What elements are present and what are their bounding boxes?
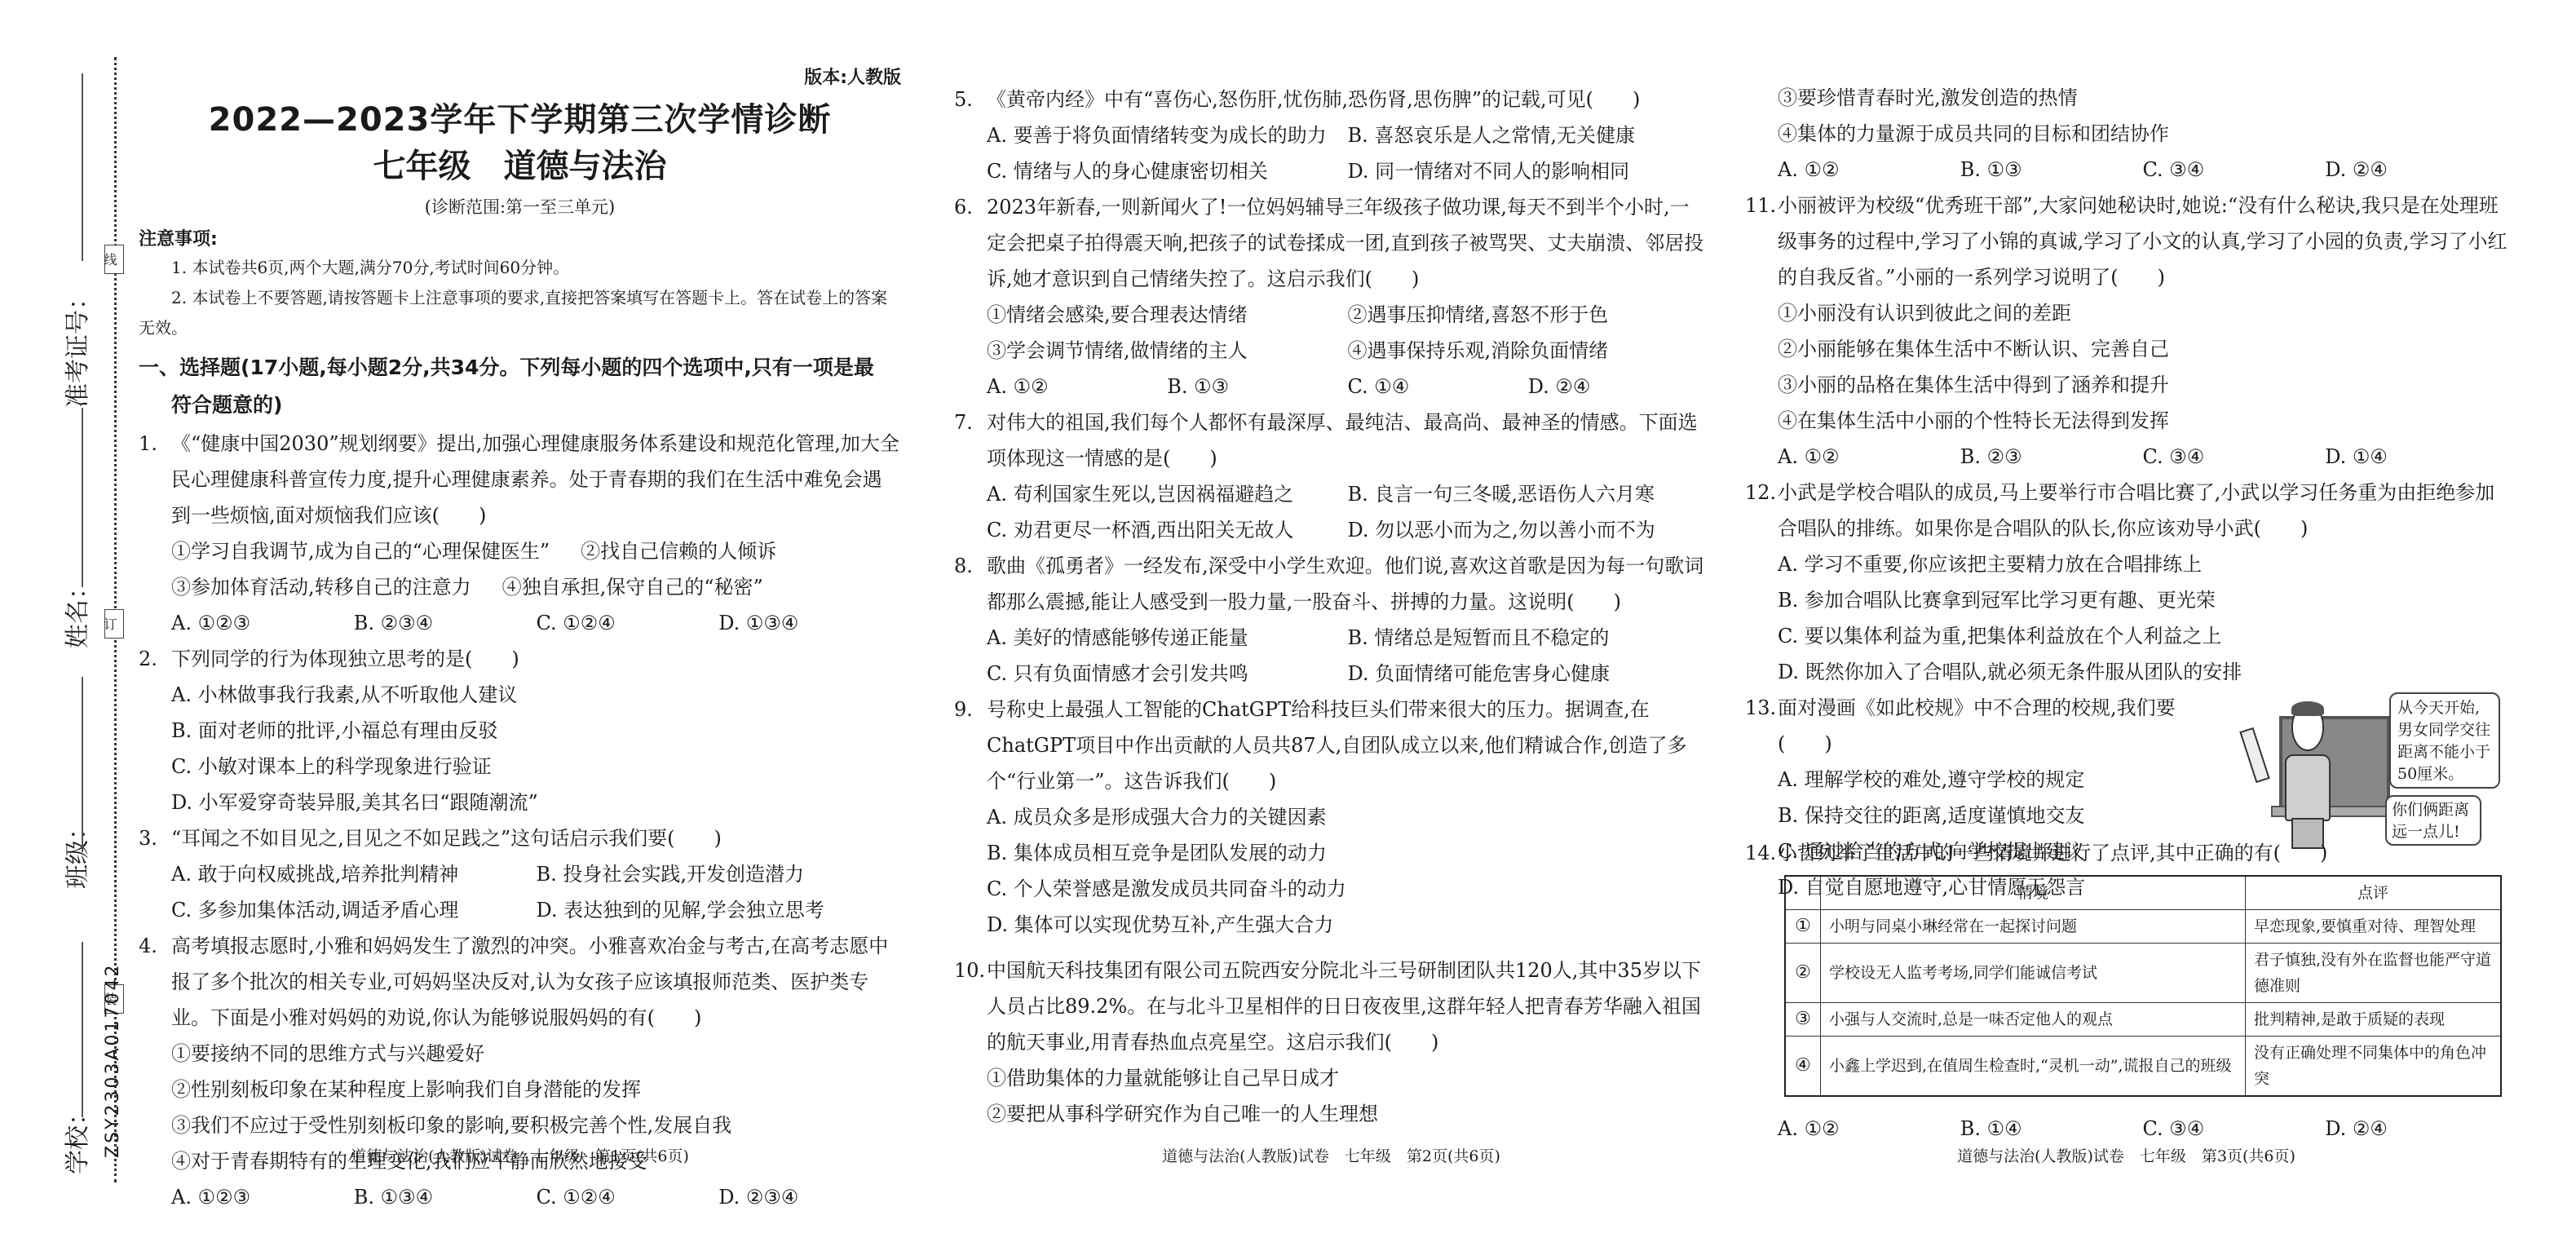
question-stem: 小武是学校合唱队的成员,马上要举行市合唱比赛了,小武以学习任务重为由拒绝参加合唱… xyxy=(1778,481,2494,540)
statement: ①情绪会感染,要合理表达情绪 xyxy=(987,297,1348,333)
exam-scope: (诊断范围:第一至三单元) xyxy=(139,194,901,219)
statement: ③学会调节情绪,做情绪的主人 xyxy=(987,333,1348,369)
option-c[interactable]: C. ③④ xyxy=(2143,152,2326,188)
question-stem: 《“健康中国2030”规划纲要》提出,加强心理健康服务体系建设和规范化管理,加大… xyxy=(171,432,899,527)
option-b[interactable]: B. 投身社会实践,开发创造潜力 xyxy=(537,856,902,892)
question-9: 9.号称史上最强人工智能的ChatGPT给科技巨头们带来很大的压力。据调查,在C… xyxy=(954,692,1708,943)
question-2: 2.下列同学的行为体现独立思考的是( ) A. 小林做事我行我素,从不听取他人建… xyxy=(139,641,901,820)
statement: ②小丽能够在集体生活中不断认识、完善自己 xyxy=(1745,331,2508,367)
option-b[interactable]: B. ①③④ xyxy=(354,1179,537,1215)
statement: ①借助集体的力量就能够让自己早日成才 xyxy=(954,1060,1708,1096)
option-d[interactable]: D. 集体可以实现优势互补,产生强大合力 xyxy=(954,907,1708,943)
table-row: ③ 小强与人交流时,总是一味否定他人的观点 批判精神,是敢于质疑的表现 xyxy=(1785,1003,2501,1036)
statement: ②遇事压抑情绪,喜怒不形于色 xyxy=(1348,297,1709,333)
table-row: ① 小明与同桌小琳经常在一起探讨问题 早恋现象,要慎重对待、理智处理 xyxy=(1785,910,2501,944)
option-d[interactable]: D. ①③④ xyxy=(718,605,901,641)
table-cell: 没有正确处理不同集体中的角色冲突 xyxy=(2246,1036,2502,1097)
table-cell: 批判精神,是敢于质疑的表现 xyxy=(2246,1003,2502,1036)
table-cell: 小鑫上学迟到,在值周生检查时,“灵机一动”,谎报自己的班级 xyxy=(1821,1036,2246,1097)
option-d[interactable]: D. 表达独到的见解,学会独立思考 xyxy=(537,892,902,928)
statement: ①要接纳不同的思维方式与兴趣爱好 xyxy=(139,1036,901,1072)
option-c[interactable]: C. 个人荣誉感是激发成员共同奋斗的动力 xyxy=(954,871,1708,907)
option-d[interactable]: D. 既然你加入了合唱队,就必须无条件服从团队的安排 xyxy=(1745,654,2508,690)
question-10: 10.中国航天科技集团有限公司五院西安分院北斗三号研制团队共120人,其中35岁… xyxy=(954,952,1708,1132)
option-a[interactable]: A. 美好的情感能够传递正能量 xyxy=(987,620,1348,656)
question-5: 5.《黄帝内经》中有“喜伤心,怒伤肝,忧伤肺,恐伤肾,思伤脾”的记载,可见( )… xyxy=(954,82,1708,189)
statement: ③小丽的品格在集体生活中得到了涵养和提升 xyxy=(1745,367,2508,403)
name-field[interactable] xyxy=(82,408,83,587)
scroll-illustration xyxy=(2239,727,2270,783)
page-footer: 道德与法治(人教版)试卷 七年级 第2页(共6页) xyxy=(954,1144,1708,1166)
question-1: 1.《“健康中国2030”规划纲要》提出,加强心理健康服务体系建设和规范化管理,… xyxy=(139,426,901,641)
question-stem: 小丽被评为校级“优秀班干部”,大家问她秘诀时,她说:“没有什么秘诀,我只是在处理… xyxy=(1778,194,2508,289)
question-11: 11.小丽被评为校级“优秀班干部”,大家问她秘诀时,她说:“没有什么秘诀,我只是… xyxy=(1745,188,2508,475)
statement: ①小丽没有认识到彼此之间的差距 xyxy=(1745,295,2508,331)
option-c[interactable]: C. ①②④ xyxy=(537,1179,719,1215)
cartoon-school-rule: 从今天开始,男女同学交往距离不能小于50厘米。 你们俩距离远一点儿! xyxy=(2234,697,2503,848)
option-d[interactable]: D. ②④ xyxy=(2325,1111,2508,1147)
table-cell: 早恋现象,要慎重对待、理智处理 xyxy=(2246,910,2502,944)
option-c[interactable]: C. ③④ xyxy=(2143,1111,2326,1147)
teacher-hair-illustration xyxy=(2291,701,2324,716)
question-stem: 中国航天科技集团有限公司五院西安分院北斗三号研制团队共120人,其中35岁以下人… xyxy=(987,959,1701,1054)
school-label: 学校： xyxy=(57,1101,93,1174)
teacher-body-illustration xyxy=(2285,754,2331,821)
notice-heading: 注意事项: xyxy=(139,225,218,250)
option-c[interactable]: C. 小敏对课本上的科学现象进行验证 xyxy=(139,749,901,785)
question-10-continued: ③要珍惜青春时光,激发创造的热情 ④集体的力量源于成员共同的目标和团结协作 A.… xyxy=(1745,80,2508,188)
question-12: 12.小武是学校合唱队的成员,马上要举行市合唱比赛了,小武以学习任务重为由拒绝参… xyxy=(1745,475,2508,690)
option-b[interactable]: B. ①③ xyxy=(1960,152,2143,188)
statement: ③要珍惜青春时光,激发创造的热情 xyxy=(1745,80,2508,116)
option-d[interactable]: D. ②③④ xyxy=(718,1179,901,1215)
option-b[interactable]: B. 良言一句三冬暖,恶语伤人六月寒 xyxy=(1348,476,1709,512)
question-6: 6.2023年新春,一则新闻火了!一位妈妈辅导三年级孩子做功课,每天不到半个小时… xyxy=(954,189,1708,404)
table-cell: 君子慎独,没有外在监督也能严守道德准则 xyxy=(2246,944,2502,1003)
question-stem: 歌曲《孤勇者》一经发布,深受中小学生欢迎。他们说,喜欢这首歌是因为每一句歌词都那… xyxy=(987,555,1703,613)
option-b[interactable]: B. 保持交往的距离,适度谨慎地交友 xyxy=(1745,798,2226,833)
statement: ②要把从事科学研究作为自己唯一的人生理想 xyxy=(954,1096,1708,1132)
option-d[interactable]: D. ②④ xyxy=(2325,152,2508,188)
exam-subtitle: 七年级 道德与法治 xyxy=(139,140,901,187)
option-b[interactable]: B. ①③ xyxy=(1167,369,1347,404)
section-heading: 一、选择题(17小题,每小题2分,共34分。下列每小题的四个选项中,只有一项是最… xyxy=(139,349,901,424)
question-8: 8.歌曲《孤勇者》一经发布,深受中小学生欢迎。他们说,喜欢这首歌是因为每一句歌词… xyxy=(954,548,1708,692)
option-b[interactable]: B. ②③④ xyxy=(354,605,537,641)
notice-item: 1. 本试卷共6页,两个大题,满分70分,考试时间60分钟。 xyxy=(139,253,901,283)
option-d[interactable]: D. 负面情绪可能危害身心健康 xyxy=(1348,656,1709,692)
option-d[interactable]: D. 勿以恶小而为之,勿以善小而不为 xyxy=(1348,512,1709,548)
statement: ③我们不应过于受性别刻板印象的影响,要积极完善个性,发展自我 xyxy=(139,1107,901,1143)
question-stem: 下列同学的行为体现独立思考的是( ) xyxy=(171,648,519,670)
option-a[interactable]: A. 苟利国家生死以,岂因祸福避趋之 xyxy=(987,476,1348,512)
class-label: 班级： xyxy=(57,815,93,889)
statement: ④在集体生活中小丽的个性特长无法得到发挥 xyxy=(1745,403,2508,439)
option-b[interactable]: B. 喜怒哀乐是人之常情,无关健康 xyxy=(1348,117,1709,153)
question-14: 14.小哲列举了生活中的一些情境并进行了点评,其中正确的有( ) xyxy=(1745,835,2508,871)
binding-strip: 线 订 装 准考证号： 姓名： 班级： 学校： ZSY2303A017042 xyxy=(0,0,122,1242)
question-stem: 高考填报志愿时,小雅和妈妈发生了激烈的冲突。小雅喜欢冶金与考古,在高考志愿中报了… xyxy=(171,935,888,1029)
option-c[interactable]: C. ①④ xyxy=(1348,369,1528,404)
table-header xyxy=(1785,876,1821,910)
exam-number-field[interactable] xyxy=(82,73,83,261)
option-b[interactable]: B. ②③ xyxy=(1960,439,2143,475)
option-c[interactable]: C. 情绪与人的身心健康密切相关 xyxy=(987,153,1348,189)
table-header-row: 情境 点评 xyxy=(1785,876,2501,910)
question-stem: 2023年新春,一则新闻火了!一位妈妈辅导三年级孩子做功课,每天不到半个小时,一… xyxy=(987,196,1703,290)
option-a[interactable]: A. ①②③ xyxy=(171,605,354,641)
option-d[interactable]: D. ①④ xyxy=(2325,439,2508,475)
scenario-evaluation-table: 情境 点评 ① 小明与同桌小琳经常在一起探讨问题 早恋现象,要慎重对待、理智处理… xyxy=(1784,875,2502,1097)
option-b[interactable]: B. 参加合唱队比赛拿到冠军比学习更有趣、更光荣 xyxy=(1745,582,2508,618)
option-a[interactable]: A. 要善于将负面情绪转变为成长的助力 xyxy=(987,117,1348,153)
statement: ②性别刻板印象在某种程度上影响我们自身潜能的发挥 xyxy=(139,1072,901,1107)
table-cell: ③ xyxy=(1785,1003,1821,1036)
table-cell: ④ xyxy=(1785,1036,1821,1097)
statement: ②找自己信赖的人倾诉 xyxy=(581,540,776,563)
question-stem: 小哲列举了生活中的一些情境并进行了点评,其中正确的有( ) xyxy=(1778,842,2327,864)
table-header: 点评 xyxy=(2246,876,2502,910)
table-cell: ① xyxy=(1785,910,1821,944)
option-d[interactable]: D. 同一情绪对不同人的影响相同 xyxy=(1348,153,1709,189)
table-cell: 学校设无人监考考场,同学们能诚信考试 xyxy=(1821,944,2246,1003)
statement: ③参加体育活动,转移自己的注意力 xyxy=(171,576,471,599)
option-a[interactable]: A. ①②③ xyxy=(171,1179,354,1215)
option-c[interactable]: C. ①②④ xyxy=(537,605,719,641)
table-row: ② 学校设无人监考考场,同学们能诚信考试 君子慎独,没有外在监督也能严守道德准则 xyxy=(1785,944,2501,1003)
table-row: ④ 小鑫上学迟到,在值周生检查时,“灵机一动”,谎报自己的班级 没有正确处理不同… xyxy=(1785,1036,2501,1097)
option-a[interactable]: A. ①② xyxy=(1778,439,1960,475)
cut-mark-ding: 订 xyxy=(104,609,124,639)
option-a[interactable]: A. 小林做事我行我素,从不听取他人建议 xyxy=(139,677,901,713)
option-c[interactable]: C. 劝君更尽一杯酒,西出阳关无故人 xyxy=(987,512,1348,548)
page-2: 5.《黄帝内经》中有“喜伤心,怒伤肝,忧伤肺,恐伤肾,思伤脾”的记载,可见( )… xyxy=(954,0,1708,1242)
option-a[interactable]: A. 学习不重要,你应该把主要精力放在合唱排练上 xyxy=(1745,546,2508,582)
exam-title: 2022—2023学年下学期第三次学情诊断 xyxy=(139,94,901,140)
option-c[interactable]: C. 要以集体利益为重,把集体利益放在个人利益之上 xyxy=(1745,618,2508,654)
question-stem: “耳闻之不如目见之,目见之不如足践之”这句话启示我们要( ) xyxy=(171,827,722,850)
option-d[interactable]: D. ②④ xyxy=(1528,369,1708,404)
question-14-options: A. ①② B. ①④ C. ③④ D. ②④ xyxy=(1745,1111,2508,1147)
option-a[interactable]: A. ①② xyxy=(1778,152,1960,188)
statement: ④集体的力量源于成员共同的目标和团结协作 xyxy=(1745,116,2508,152)
table-header: 情境 xyxy=(1821,876,2246,910)
option-b[interactable]: B. 面对老师的批评,小福总有理由反驳 xyxy=(139,713,901,749)
table-cell: 小明与同桌小琳经常在一起探讨问题 xyxy=(1821,910,2246,944)
school-field[interactable] xyxy=(82,942,83,1117)
exam-number-label: 准考证号： xyxy=(57,285,93,408)
option-a[interactable]: A. 成员众多是形成强大合力的关键因素 xyxy=(954,799,1708,835)
paper-code: ZSY2303A017042 xyxy=(103,963,123,1159)
page-footer: 道德与法治(人教版)试卷 七年级 第3页(共6页) xyxy=(1745,1144,2508,1166)
option-c[interactable]: C. 多参加集体活动,调适矛盾心理 xyxy=(171,892,537,928)
option-d[interactable]: D. 小军爱穿奇装异服,美其名曰“跟随潮流” xyxy=(139,785,901,820)
option-b[interactable]: B. 情绪总是短暂而且不稳定的 xyxy=(1348,620,1709,656)
statement: ④独自承担,保守自己的“秘密” xyxy=(502,576,763,599)
option-a[interactable]: A. ①② xyxy=(1778,1111,1960,1147)
question-7: 7.对伟大的祖国,我们每个人都怀有最深厚、最纯洁、最高尚、最神圣的情感。下面选项… xyxy=(954,404,1708,548)
notice-list: 1. 本试卷共6页,两个大题,满分70分,考试时间60分钟。 2. 本试卷上不要… xyxy=(139,253,901,343)
edition-label: 版本:人教版 xyxy=(804,64,901,89)
question-3: 3.“耳闻之不如目见之,目见之不如足践之”这句话启示我们要( ) A. 敢于向权… xyxy=(139,820,901,928)
option-a[interactable]: A. ①② xyxy=(987,369,1167,404)
statement: ④遇事保持乐观,消除负面情绪 xyxy=(1348,333,1709,369)
option-a[interactable]: A. 理解学校的难处,遵守学校的规定 xyxy=(1745,762,2226,798)
question-stem: 面对漫画《如此校规》中不合理的校规,我们要( ) xyxy=(1778,696,2176,755)
statement: ①学习自我调节,成为自己的“心理保健医生” xyxy=(171,540,550,563)
table-cell: 小强与人交流时,总是一味否定他人的观点 xyxy=(1821,1003,2246,1036)
speech-bubble-rule: 从今天开始,男女同学交往距离不能小于50厘米。 xyxy=(2389,692,2500,789)
question-stem: 号称史上最强人工智能的ChatGPT给科技巨头们带来很大的压力。据调查,在Cha… xyxy=(987,698,1687,793)
name-label: 姓名： xyxy=(57,575,93,648)
class-field[interactable] xyxy=(82,677,83,852)
option-c[interactable]: C. ③④ xyxy=(2143,439,2326,475)
question-4: 4.高考填报志愿时,小雅和妈妈发生了激烈的冲突。小雅喜欢冶金与考古,在高考志愿中… xyxy=(139,928,901,1215)
table-cell: ② xyxy=(1785,944,1821,1003)
question-13: 13.面对漫画《如此校规》中不合理的校规,我们要( ) A. 理解学校的难处,遵… xyxy=(1745,690,2226,905)
page-3: ③要珍惜青春时光,激发创造的热情 ④集体的力量源于成员共同的目标和团结协作 A.… xyxy=(1745,0,2508,1242)
page-footer: 道德与法治(人教版)试卷 七年级 第1页(共6页) xyxy=(139,1144,901,1166)
option-b[interactable]: B. ①④ xyxy=(1960,1111,2143,1147)
option-c[interactable]: C. 只有负面情感才会引发共鸣 xyxy=(987,656,1348,692)
cut-mark-xian: 线 xyxy=(104,245,124,274)
notice-item: 2. 本试卷上不要答题,请按答题卡上注意事项的要求,直接把答案填写在答题卡上。答… xyxy=(139,283,901,343)
page-1: 版本:人教版 2022—2023学年下学期第三次学情诊断 七年级 道德与法治 (… xyxy=(139,0,901,1242)
question-stem: 对伟大的祖国,我们每个人都怀有最深厚、最纯洁、最高尚、最神圣的情感。下面选项体现… xyxy=(987,411,1698,470)
option-a[interactable]: A. 敢于向权威挑战,培养批判精神 xyxy=(171,856,537,892)
question-stem: 《黄帝内经》中有“喜伤心,怒伤肝,忧伤肺,恐伤肾,思伤脾”的记载,可见( ) xyxy=(987,88,1640,111)
option-b[interactable]: B. 集体成员相互竞争是团队发展的动力 xyxy=(954,835,1708,871)
